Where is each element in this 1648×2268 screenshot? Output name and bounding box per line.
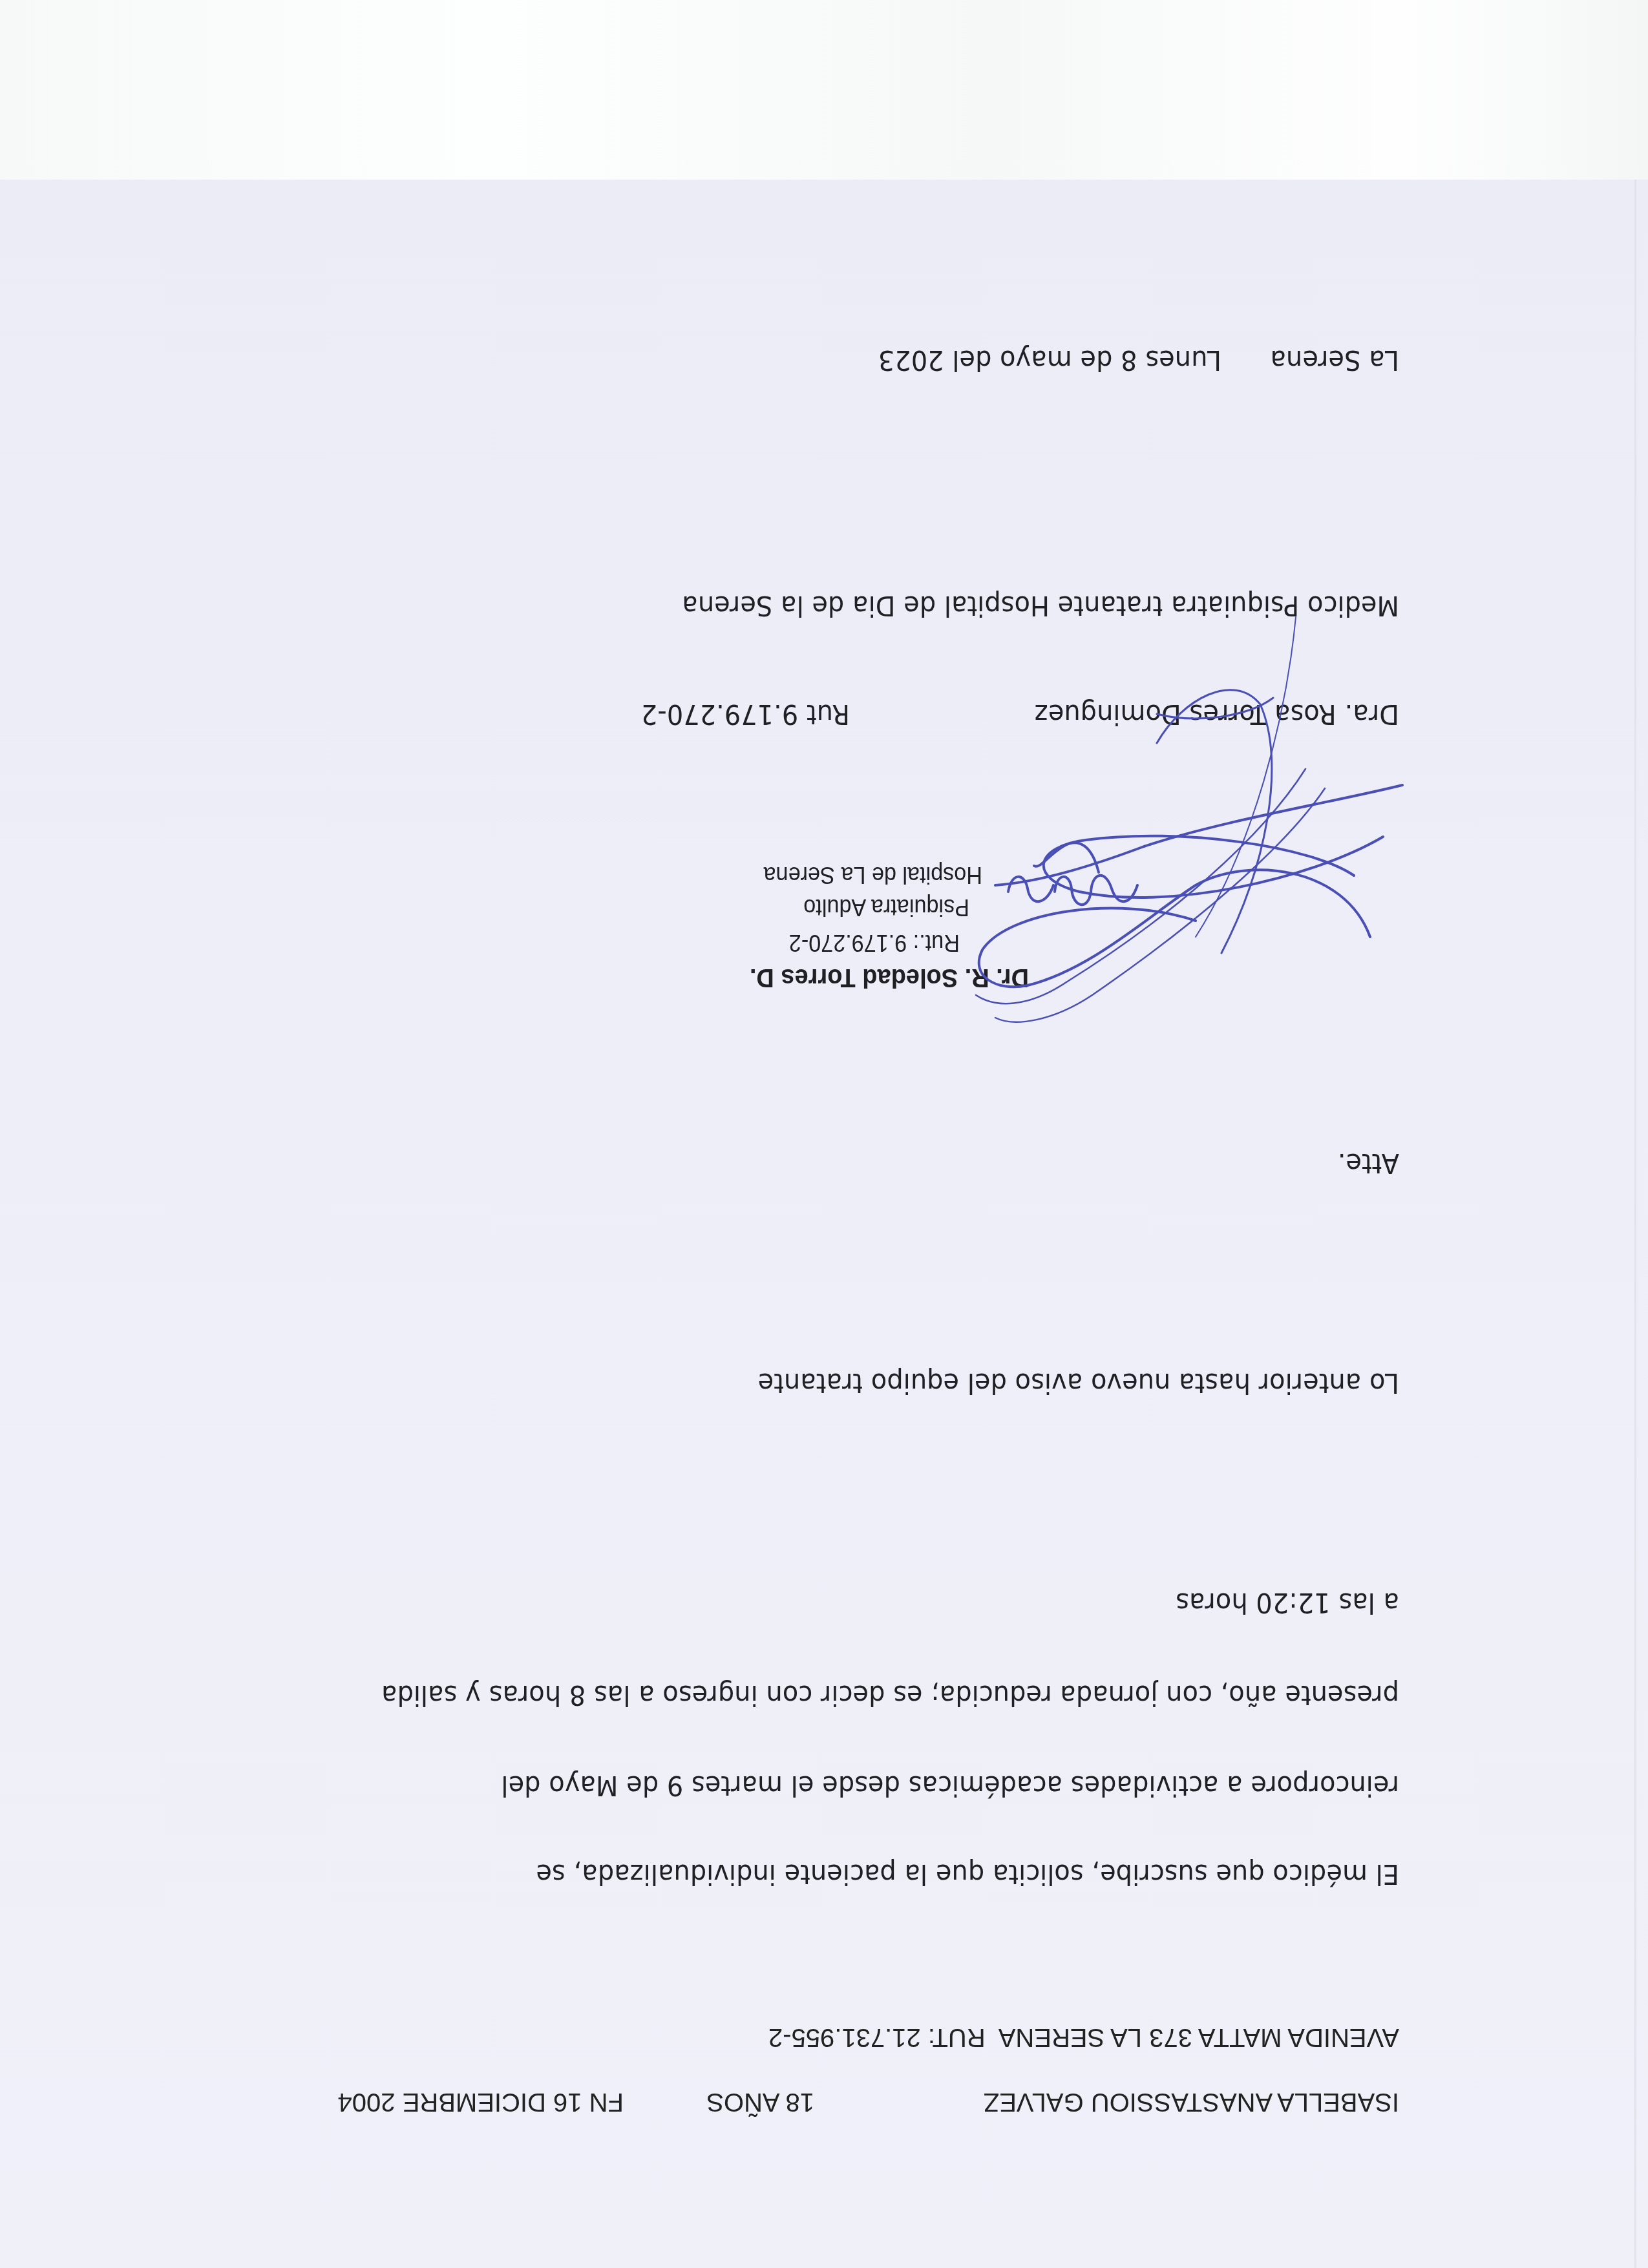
body-line-4: a las 12:20 horas bbox=[1176, 1586, 1399, 1619]
note-line: Lo anterior hasta nuevo aviso del equipo… bbox=[758, 1367, 1399, 1399]
patient-name: ISABELLA ANASTASSIOU GALVEZ bbox=[984, 2087, 1399, 2116]
stamp-hospital: Hospital de La Serena bbox=[764, 861, 982, 888]
date: Lunes 8 de mayo del 2023 bbox=[878, 344, 1221, 376]
signatory-title: Medico Psiquiatra tratante Hospital de D… bbox=[682, 589, 1399, 622]
stamp-specialty: Psiquiatra Adulto bbox=[803, 894, 969, 921]
stamp-doctor-name: Dr. R. Soledad Torres D. bbox=[750, 963, 1029, 992]
body-line-2: reincorpore a actividades académicas des… bbox=[501, 1769, 1399, 1801]
signatory-rut: Rut 9.179.270-2 bbox=[641, 698, 850, 730]
signatory-name: Dra. Rosa Torres Dominguez bbox=[1035, 698, 1399, 730]
patient-birth-date: FN 16 DICIEMBRE 2004 bbox=[338, 2087, 624, 2116]
handwritten-signature bbox=[0, 0, 1648, 2268]
closing-atte: Atte. bbox=[1338, 1147, 1399, 1179]
patient-age: 18 AÑOS bbox=[706, 2087, 814, 2116]
document-page: ISABELLA ANASTASSIOU GALVEZ 18 AÑOS FN 1… bbox=[0, 0, 1648, 2268]
body-line-1: El médico que suscribe, solicita que la … bbox=[536, 1858, 1399, 1890]
body-line-3: presente año, con jornada reducida; es d… bbox=[381, 1679, 1399, 1711]
patient-address-rut: AVENIDA MATTA 373 LA SERENA RUT: 21.731.… bbox=[768, 2022, 1399, 2052]
stamp-rut: Rut.: 9.179.270-2 bbox=[789, 929, 960, 956]
place: La Serena bbox=[1270, 344, 1399, 376]
